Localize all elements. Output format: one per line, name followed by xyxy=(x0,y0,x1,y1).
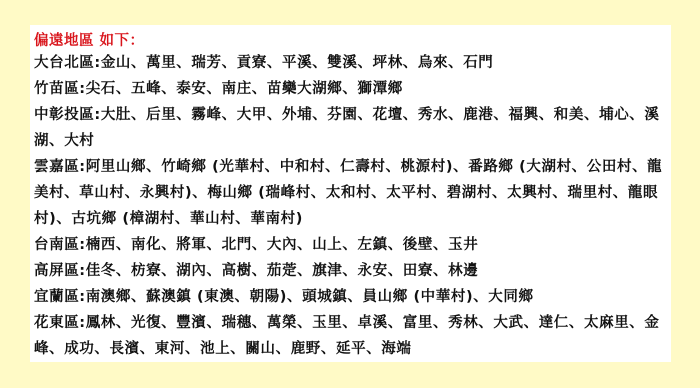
region-taipei: 大台北區:金山、萬里、瑞芳、貢寮、平溪、雙溪、坪林、烏來、石門 xyxy=(34,50,667,76)
region-areas: 佳冬、枋寮、湖內、高樹、茄萣、旗津、永安、田寮、林邊 xyxy=(86,263,479,279)
region-tainan: 台南區:楠西、南化、將軍、北門、大內、山上、左鎮、後壁、玉井 xyxy=(34,232,667,258)
region-label: 竹苗區: xyxy=(34,81,86,97)
region-label: 花東區: xyxy=(34,315,86,331)
region-label: 高屏區: xyxy=(34,263,86,279)
region-areas: 大肚、后里、霧峰、大甲、外埔、芬園、花壇、秀水、鹿港、福興、和美、埔心、溪湖、大… xyxy=(34,107,660,149)
region-label: 台南區: xyxy=(34,237,86,253)
remote-areas-panel: 偏遠地區 如下： 大台北區:金山、萬里、瑞芳、貢寮、平溪、雙溪、坪林、烏來、石門… xyxy=(30,25,671,362)
region-label: 中彰投區: xyxy=(34,107,101,123)
region-label: 雲嘉區: xyxy=(34,159,86,175)
region-label: 大台北區: xyxy=(34,55,101,71)
region-zhumiao: 竹苗區:尖石、五峰、泰安、南庄、苗欒大湖鄉、獅潭鄉 xyxy=(34,76,667,102)
region-huadong: 花東區:鳳林、光復、豐濱、瑞穗、萬榮、玉里、卓溪、富里、秀林、大武、達仁、太麻里… xyxy=(34,310,667,362)
region-zhongzhangtou: 中彰投區:大肚、后里、霧峰、大甲、外埔、芬園、花壇、秀水、鹿港、福興、和美、埔心… xyxy=(34,102,667,154)
region-yunjia: 雲嘉區:阿里山鄉、竹崎鄉 (光華村、中和村、仁壽村、桃源村)、番路鄉 (大湖村、… xyxy=(34,154,667,232)
section-title: 偏遠地區 如下： xyxy=(34,32,667,50)
region-areas: 阿里山鄉、竹崎鄉 (光華村、中和村、仁壽村、桃源村)、番路鄉 (大湖村、公田村、… xyxy=(34,159,662,227)
region-areas: 南澳鄉、蘇澳鎮 (東澳、朝陽)、頭城鎮、員山鄉 (中華村)、大同鄉 xyxy=(86,289,534,305)
region-areas: 尖石、五峰、泰安、南庄、苗欒大湖鄉、獅潭鄉 xyxy=(86,81,403,97)
region-areas: 鳳林、光復、豐濱、瑞穗、萬榮、玉里、卓溪、富里、秀林、大武、達仁、太麻里、金峰、… xyxy=(34,315,660,357)
region-label: 宜蘭區: xyxy=(34,289,86,305)
region-areas: 楠西、南化、將軍、北門、大內、山上、左鎮、後壁、玉井 xyxy=(86,237,479,253)
region-gaoping: 高屏區:佳冬、枋寮、湖內、高樹、茄萣、旗津、永安、田寮、林邊 xyxy=(34,258,667,284)
region-areas: 金山、萬里、瑞芳、貢寮、平溪、雙溪、坪林、烏來、石門 xyxy=(101,55,494,71)
region-yilan: 宜蘭區:南澳鄉、蘇澳鎮 (東澳、朝陽)、頭城鎮、員山鄉 (中華村)、大同鄉 xyxy=(34,284,667,310)
